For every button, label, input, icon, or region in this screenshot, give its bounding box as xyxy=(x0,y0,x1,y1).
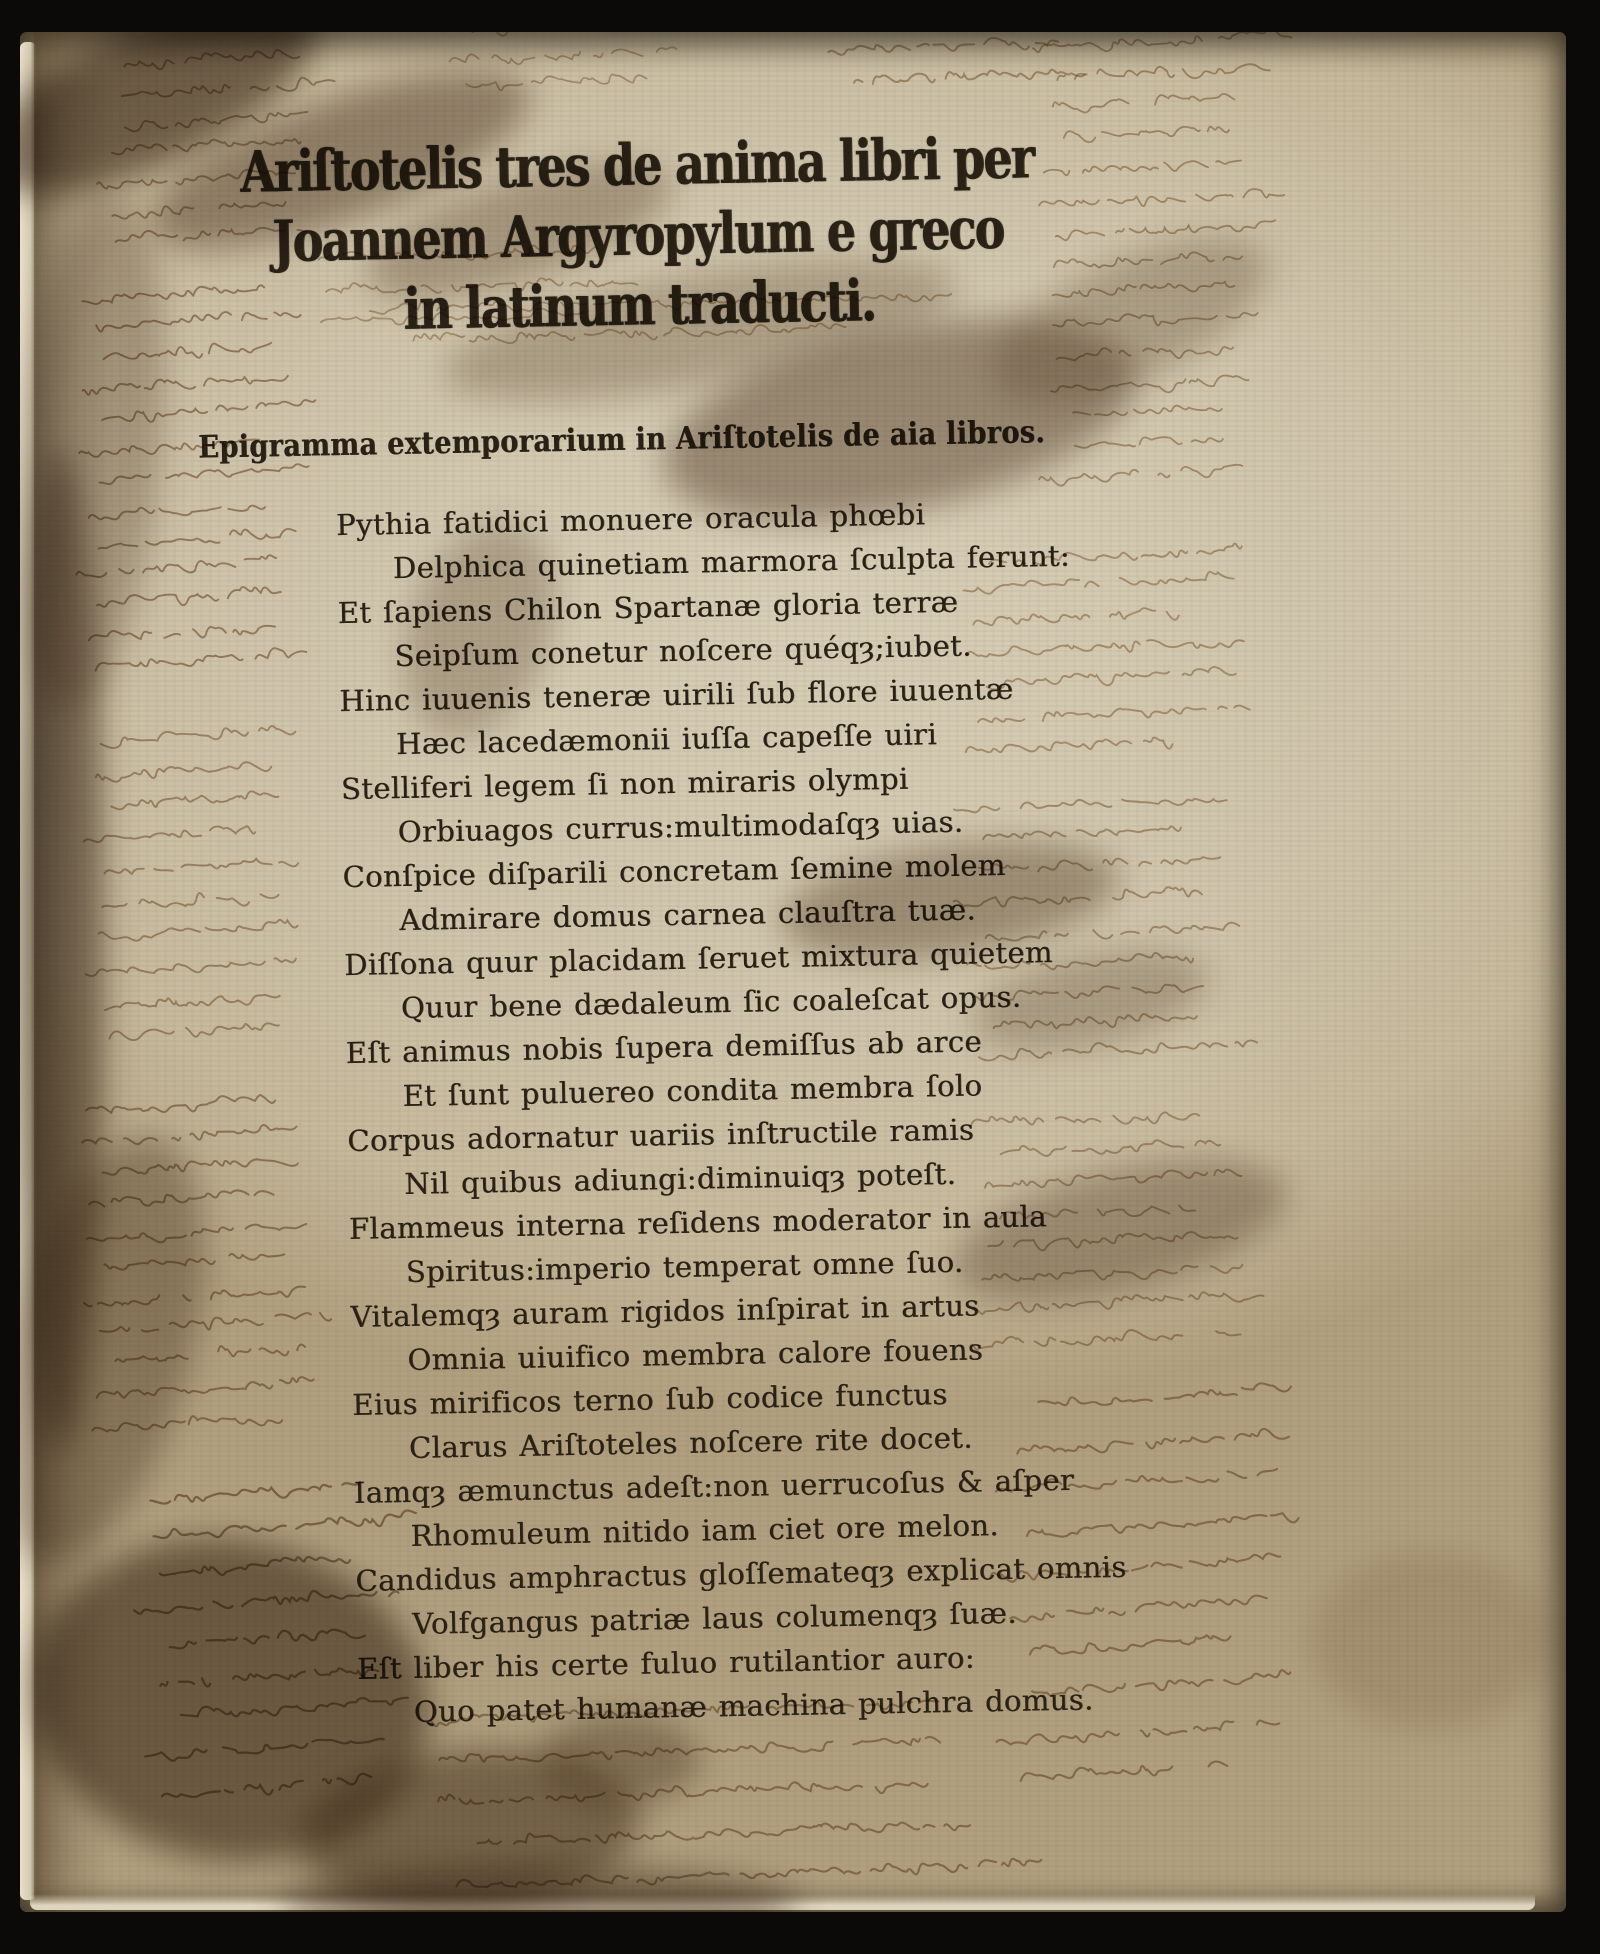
title-line: Joannem Argyropylum e greco xyxy=(241,193,1035,278)
photo-backdrop: Ariſtotelis tres de anima libri per Joan… xyxy=(0,0,1600,1954)
title-block: Ariſtotelis tres de anima libri per Joan… xyxy=(240,123,1037,347)
printed-text: Ariſtotelis tres de anima libri per Joan… xyxy=(2,10,1582,1918)
epigram-poem: Pythia fatidici monuere oracula phœbiDel… xyxy=(336,489,1130,1735)
title-line: in latinum traducti. xyxy=(242,263,1036,348)
epigram-heading: Epigramma extemporarium in Ariſtotelis d… xyxy=(198,414,1046,466)
